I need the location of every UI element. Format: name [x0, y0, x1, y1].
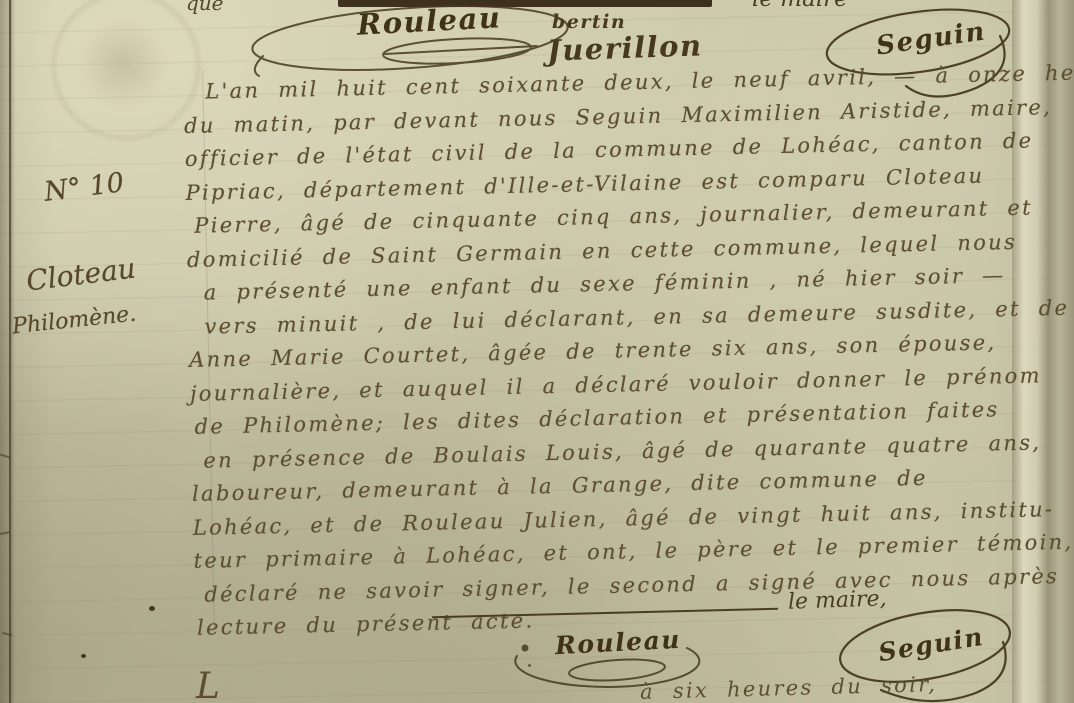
- signature-juerillon: Juerillon: [546, 28, 703, 67]
- signature-rouleau-top: Rouleau: [245, 0, 575, 78]
- ink-spot: [149, 606, 155, 611]
- signature-bertin: bertin: [552, 11, 626, 33]
- next-act-initial: L: [196, 666, 220, 703]
- embossed-seal-center: [78, 18, 168, 108]
- ink-spot: [81, 654, 86, 658]
- right-page-edge: [1048, 0, 1074, 703]
- margin-given-name: Philomène.: [11, 302, 137, 340]
- margin-surname: Cloteau: [24, 251, 137, 297]
- binding-line: [9, 0, 11, 703]
- previous-entry-fragment: que: [186, 0, 224, 15]
- document-scan: que Rouleau bertin Juerillon le maire Se…: [0, 0, 1074, 703]
- left-edge-shade: [0, 0, 16, 703]
- record-number: N° 10: [42, 167, 125, 208]
- act-body: L'an mil huit cent soixante deux, le neu…: [183, 58, 1041, 646]
